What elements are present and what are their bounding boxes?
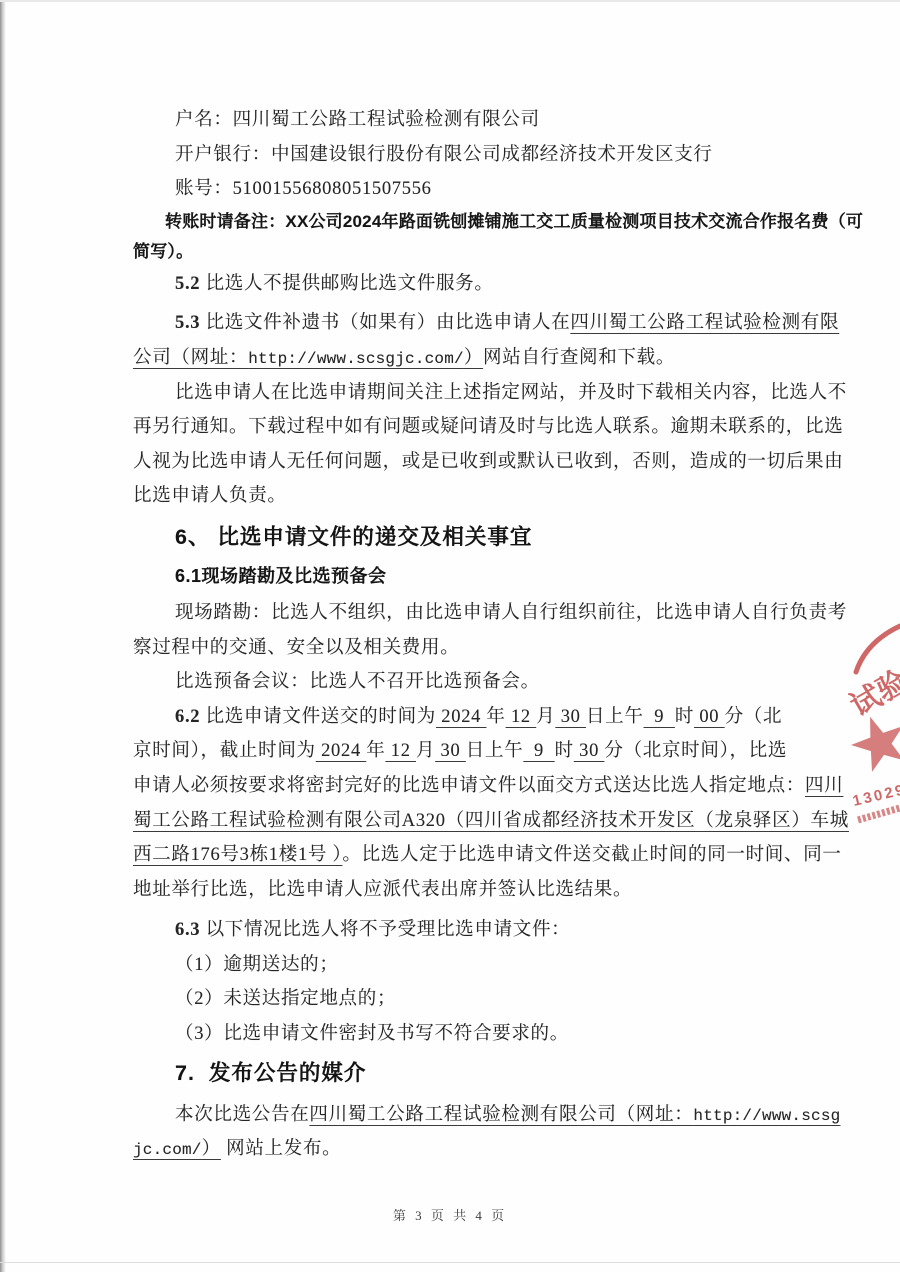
text-segment: 户名：四川蜀工公路工程试验检测有限公司	[175, 110, 540, 130]
text-segment: 账号：51001556808051507556	[175, 179, 432, 199]
reject-item-1: （1）逾期送达的；	[133, 948, 843, 983]
text-segment: 5.2	[175, 274, 206, 294]
transfer-note-line-1: 转账时请备注：XX公司2024年路面铣刨摊铺施工交工质量检测项目技术交流合作报名…	[133, 207, 843, 237]
underlined-text: 30	[555, 707, 586, 727]
scan-top-edge	[0, 0, 900, 2]
clause-5-3-line-1: 5.3 比选文件补遗书（如果有）由比选申请人在四川蜀工公路工程试验检测有限	[133, 306, 843, 341]
notice-paragraph-line-2: 再另行通知。下载过程中如有问题或疑问请及时与比选人联系。逾期未联系的，比选	[133, 410, 843, 445]
clause-6-2-line-1: 6.2 比选申请文件送交的时间为 2024 年 12 月 30 日上午 9 时 …	[133, 700, 843, 735]
section-6-heading: 6、 比选申请文件的递交及相关事宜	[133, 516, 843, 558]
text-segment: 时	[555, 741, 574, 761]
text-segment: 分（北	[725, 707, 783, 727]
clause-6-2-line-2: 京时间），截止时间为 2024 年 12 月 30 日上午 9 时 30 分（北…	[133, 734, 843, 769]
text-segment: 5.3	[175, 313, 206, 333]
page-number-footer: 第 3 页 共 4 页	[0, 1203, 900, 1229]
underlined-text: ）	[202, 1139, 221, 1159]
text-segment: 人视为比选申请人无任何问题，或是已收到或默认已收到，否则，造成的一切后果由	[133, 452, 843, 472]
text-segment: 。比选人定于比选申请文件送交截止时间的同一时间、同一	[342, 845, 841, 865]
bank-name-line: 开户银行：中国建设银行股份有限公司成都经济技术开发区支行	[133, 138, 843, 173]
text-segment: 以下情况比选人将不予受理比选申请文件：	[206, 920, 571, 940]
underlined-text: 9	[644, 707, 675, 727]
text-segment: 转账时请备注：XX公司2024年路面铣刨摊铺施工交工质量检测项目技术交流合作报名…	[165, 212, 863, 231]
underlined-text: ）	[464, 348, 483, 368]
notice-paragraph-line-4: 比选申请人负责。	[133, 479, 843, 514]
underlined-text: 蜀工公路工程试验检测有限公司A320（四川省成都经济技术开发区（龙泉驿区）车城	[133, 811, 849, 831]
underlined-text: 西二路176号3栋1楼1号 ）	[133, 845, 342, 865]
text-segment: 分（北京时间），比选	[604, 741, 787, 761]
stamp-illegible-text	[857, 796, 900, 820]
scan-left-edge-shadow	[0, 0, 6, 1272]
text-segment: 网站上发布。	[221, 1139, 342, 1159]
stamp-star-icon	[848, 707, 900, 775]
site-visit-line-1: 现场踏勘：比选人不组织，由比选申请人自行组织前往，比选申请人自行负责考	[133, 596, 843, 631]
underlined-text: 30	[435, 741, 466, 761]
clause-6-2-line-3: 申请人必须按要求将密封完好的比选申请文件以面交方式送达比选人指定地点：四川	[133, 769, 843, 804]
text-segment: （3）比选申请文件密封及书写不符合要求的。	[175, 1024, 569, 1044]
stamp-rim-arc	[856, 626, 900, 672]
text-segment: 本次比选公告在	[175, 1105, 309, 1125]
text-segment: 网站自行查阅和下载。	[483, 348, 675, 368]
text-segment: 比选申请文件送交的时间为	[206, 707, 436, 727]
text-segment: 年	[486, 707, 505, 727]
underlined-text: jc.com/	[133, 1141, 202, 1159]
reject-item-3: （3）比选申请文件密封及书写不符合要求的。	[133, 1017, 843, 1052]
clause-5-2-line: 5.2 比选人不提供邮购比选文件服务。	[133, 267, 843, 302]
document-body: 户名：四川蜀工公路工程试验检测有限公司开户银行：中国建设银行股份有限公司成都经济…	[133, 103, 843, 1167]
text-segment: 比选预备会议：比选人不召开比选预备会。	[175, 672, 540, 692]
section-7-heading: 7. 发布公告的媒介	[133, 1052, 843, 1094]
text-segment: 现场踏勘：比选人不组织，由比选申请人自行组织前往，比选申请人自行负责考	[175, 603, 847, 623]
text-segment: 比选申请人负责。	[133, 486, 287, 506]
text-segment: 年	[366, 741, 385, 761]
text-segment: 日上午	[466, 741, 524, 761]
account-number-line: 账号：51001556808051507556	[133, 172, 843, 207]
underlined-text: http://www.scsgjc.com/	[248, 350, 464, 368]
text-segment: 比选人不提供邮购比选文件服务。	[206, 274, 494, 294]
announcement-line-1: 本次比选公告在四川蜀工公路工程试验检测有限公司（网址：http://www.sc…	[133, 1098, 843, 1133]
site-visit-line-2: 察过程中的交通、安全以及相关费用。	[133, 631, 843, 666]
announcement-line-2: jc.com/） 网站上发布。	[133, 1132, 843, 1167]
text-segment: 开户银行：中国建设银行股份有限公司成都经济技术开发区支行	[175, 145, 713, 165]
text-segment: 比选申请人在比选申请期间关注上述指定网站，并及时下载相关内容，比选人不	[175, 383, 847, 403]
stamp-number: 13029	[851, 781, 900, 810]
scanned-document-page: { "document": { "lines": [ {"name":"acco…	[0, 0, 900, 1272]
underlined-text: 9	[523, 741, 554, 761]
underlined-text: 四川蜀工公路工程试验检测有限	[570, 313, 839, 333]
underlined-text: 四川蜀工公路工程试验检测有限公司（网址：	[309, 1105, 693, 1125]
underlined-text: 30	[574, 741, 605, 761]
underlined-text: 00	[694, 707, 725, 727]
clause-5-3-line-2: 公司（网址：http://www.scsgjc.com/）网站自行查阅和下载。	[133, 341, 843, 376]
text-segment: 再另行通知。下载过程中如有问题或疑问请及时与比选人联系。逾期未联系的，比选	[133, 417, 843, 437]
clause-6-2-line-4: 蜀工公路工程试验检测有限公司A320（四川省成都经济技术开发区（龙泉驿区）车城	[133, 804, 843, 839]
text-segment: （1）逾期送达的；	[175, 955, 339, 975]
text-segment: 7. 发布公告的媒介	[175, 1061, 366, 1085]
clause-6-3-line: 6.3 以下情况比选人将不予受理比选申请文件：	[133, 913, 843, 948]
red-seal-stamp: 试验 13029	[848, 612, 900, 840]
text-segment: 地址举行比选，比选申请人应派代表出席并签认比选结果。	[133, 880, 632, 900]
text-segment: 6.3	[175, 920, 206, 940]
clause-6-2-line-5: 西二路176号3栋1楼1号 ）。比选人定于比选申请文件送交截止时间的同一时间、同…	[133, 838, 843, 873]
underlined-text: 2024	[436, 707, 486, 727]
text-segment: 简写）。	[133, 242, 193, 261]
underlined-text: http://www.scsg	[693, 1107, 840, 1125]
section-6-1-heading: 6.1现场踏勘及比选预备会	[133, 558, 843, 594]
underlined-text: 2024	[316, 741, 366, 761]
underlined-text: 12	[385, 741, 416, 761]
text-segment: 京时间），截止时间为	[133, 741, 316, 761]
text-segment: （2）未送达指定地点的；	[175, 989, 396, 1009]
underlined-text: 四川	[805, 776, 843, 796]
clause-6-2-line-6: 地址举行比选，比选申请人应派代表出席并签认比选结果。	[133, 873, 843, 908]
text-segment: 申请人必须按要求将密封完好的比选申请文件以面交方式送达比选人指定地点：	[133, 776, 805, 796]
notice-paragraph-line-3: 人视为比选申请人无任何问题，或是已收到或默认已收到，否则，造成的一切后果由	[133, 445, 843, 480]
scan-bottom-edge	[0, 1262, 900, 1263]
underlined-text: 12	[506, 707, 537, 727]
transfer-note-line-2: 简写）。	[133, 237, 843, 267]
text-segment: 月	[416, 741, 435, 761]
notice-paragraph-line-1: 比选申请人在比选申请期间关注上述指定网站，并及时下载相关内容，比选人不	[133, 376, 843, 411]
underlined-text: 公司（网址：	[133, 348, 248, 368]
text-segment: 月	[536, 707, 555, 727]
text-segment: 6、 比选申请文件的递交及相关事宜	[175, 525, 532, 549]
reject-item-2: （2）未送达指定地点的；	[133, 982, 843, 1017]
text-segment: 时	[675, 707, 694, 727]
account-name-line: 户名：四川蜀工公路工程试验检测有限公司	[133, 103, 843, 138]
stamp-large-text: 试验	[848, 664, 900, 723]
pre-meeting-line: 比选预备会议：比选人不召开比选预备会。	[133, 665, 843, 700]
text-segment: 6.1现场踏勘及比选预备会	[175, 566, 387, 586]
text-segment: 6.2	[175, 707, 206, 727]
text-segment: 比选文件补遗书（如果有）由比选申请人在	[206, 313, 571, 333]
text-segment: 察过程中的交通、安全以及相关费用。	[133, 638, 459, 658]
text-segment: 日上午	[586, 707, 644, 727]
